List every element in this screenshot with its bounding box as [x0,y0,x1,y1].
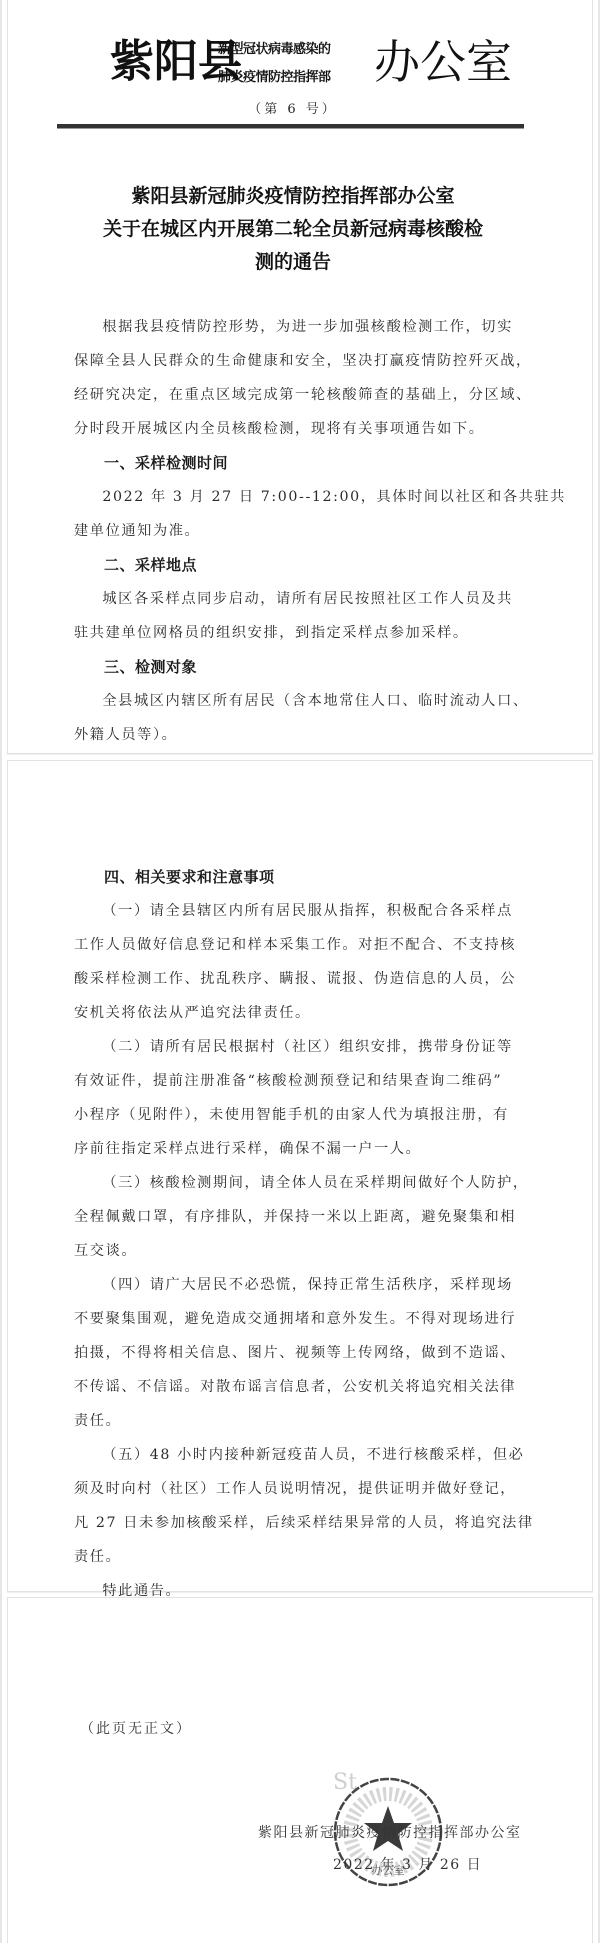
item-line: 安机关将依法从严追究法律责任。 [74,996,526,1030]
viewer-left-edge [0,0,2,1943]
masthead-middle-line2: 肺炎疫情防控指挥部 [218,70,348,86]
requirement-item-2: （二）请所有居民根据村（社区）组织安排，携带身份证等 有效证件，提前注册准备“核… [74,1030,526,1166]
item-line: （三）核酸检测期间，请全体人员在采样期间做好个人防护， [74,1166,526,1200]
item-line: 序前往指定采样点进行采样，确保不漏一户一人。 [74,1132,526,1166]
intro-paragraph: 根据我县疫情防控形势，为进一步加强核酸检测工作，切实 保障全县人民群众的生命健康… [74,310,526,446]
requirement-item-3: （三）核酸检测期间，请全体人员在采样期间做好个人防护， 全程佩戴口罩，有序排队，… [74,1166,526,1268]
title-line-2: 关于在城区内开展第二轮全员新冠病毒核酸检 [0,213,586,246]
section-1-line: 建单位通知为准。 [74,514,526,548]
item-line: 全程佩戴口罩，有序排队，并保持一米以上距离，避免聚集和相 [74,1200,526,1234]
item-line: 责任。 [74,1540,526,1574]
masthead-middle-line1: 新型冠状病毒感染的 [218,42,348,58]
item-line: （五）48 小时内接种新冠疫苗人员，不进行核酸采样，但必 [74,1438,526,1472]
section-2-heading: 二、采样地点 [74,548,526,582]
document-title: 紫阳县新冠肺炎疫情防控指挥部办公室 关于在城区内开展第二轮全员新冠病毒核酸检 测… [0,180,586,279]
section-4-heading: 四、相关要求和注意事项 [74,860,526,894]
requirement-item-5: （五）48 小时内接种新冠疫苗人员，不进行核酸采样，但必 须及时向村（社区）工作… [74,1438,526,1574]
item-line: 酸采样检测工作、扰乱秩序、瞒报、谎报、伪造信息的人员，公 [74,962,526,996]
intro-line: 根据我县疫情防控形势，为进一步加强核酸检测工作，切实 [74,310,526,344]
masthead-office: 办公室 [374,34,512,90]
item-line: （一）请全县辖区内所有居民服从指挥，积极配合各采样点 [74,894,526,928]
section-1-line: 2022 年 3 月 27 日 7:00--12:00，具体时间以社区和各共驻共 [74,480,526,514]
signature-date: 2022 年 3 月 26 日 [333,1854,482,1874]
item-line: 小程序（见附件），未使用智能手机的由家人代为填报注册，有 [74,1098,526,1132]
requirement-item-1: （一）请全县辖区内所有居民服从指挥，积极配合各采样点 工作人员做好信息登记和样本… [74,894,526,1030]
item-line: 有效证件，提前注册准备“核酸检测预登记和结果查询二维码” [74,1064,526,1098]
item-line: 须及时向村（社区）工作人员说明情况，提供证明并做好登记， [74,1472,526,1506]
section-2-line: 城区各采样点同步启动，请所有居民按照社区工作人员及共 [74,582,526,616]
item-line: 不要聚集围观，避免造成交通拥堵和意外发生。不得对现场进行 [74,1302,526,1336]
item-line: （二）请所有居民根据村（社区）组织安排，携带身份证等 [74,1030,526,1064]
requirement-item-4: （四）请广大居民不必恐慌，保持正常生活秩序，采样现场 不要聚集围观，避免造成交通… [74,1268,526,1438]
signature-organization: 紫阳县新冠肺炎疫情防控指挥部办公室 [258,1822,522,1842]
item-line: 不传谣、不信谣。对散布谣言信息者，公安机关将追究相关法律 [74,1370,526,1404]
item-line: （四）请广大居民不必恐慌，保持正常生活秩序，采样现场 [74,1268,526,1302]
section-2-line: 驻共建单位网格员的组织安排，到指定采样点参加采样。 [74,616,526,650]
item-line: 互交谈。 [74,1234,526,1268]
document-page-3 [7,1597,593,1943]
intro-line: 分时段开展城区内全员核酸检测，现将有关事项通告如下。 [74,412,526,446]
item-line: 工作人员做好信息登记和样本采集工作。对拒不配合、不支持核 [74,928,526,962]
section-3-heading: 三、检测对象 [74,650,526,684]
document-number: （第 6 号） [0,98,586,117]
title-line-1: 紫阳县新冠肺炎疫情防控指挥部办公室 [0,180,586,213]
section-1-heading: 一、采样检测时间 [74,446,526,480]
masthead: 紫阳县 新型冠状病毒感染的 肺炎疫情防控指挥部 办公室 [0,34,586,94]
header-rule [57,124,524,129]
page1-body: 根据我县疫情防控形势，为进一步加强核酸检测工作，切实 保障全县人民群众的生命健康… [74,310,526,752]
item-line: 责任。 [74,1404,526,1438]
no-text-note: （此页无正文） [80,1718,192,1738]
intro-line: 保障全县人民群众的生命健康和安全，坚决打赢疫情防控歼灭战， [74,344,526,378]
page2-body: 四、相关要求和注意事项 （一）请全县辖区内所有居民服从指挥，积极配合各采样点 工… [74,860,526,1608]
item-line: 拍摄，不得将相关信息、图片、视频等上传网络，做到不造谣、 [74,1336,526,1370]
title-line-3: 测的通告 [0,246,586,279]
section-3-line: 全县城区内辖区所有居民（含本地常住人口、临时流动人口、 [74,684,526,718]
item-line: 凡 27 日未参加核酸采样，后续采样结果异常的人员，将追究法律 [74,1506,526,1540]
section-3-line: 外籍人员等）。 [74,718,526,752]
intro-line: 经研究决定，在重点区域完成第一轮核酸筛查的基础上，分区域、 [74,378,526,412]
